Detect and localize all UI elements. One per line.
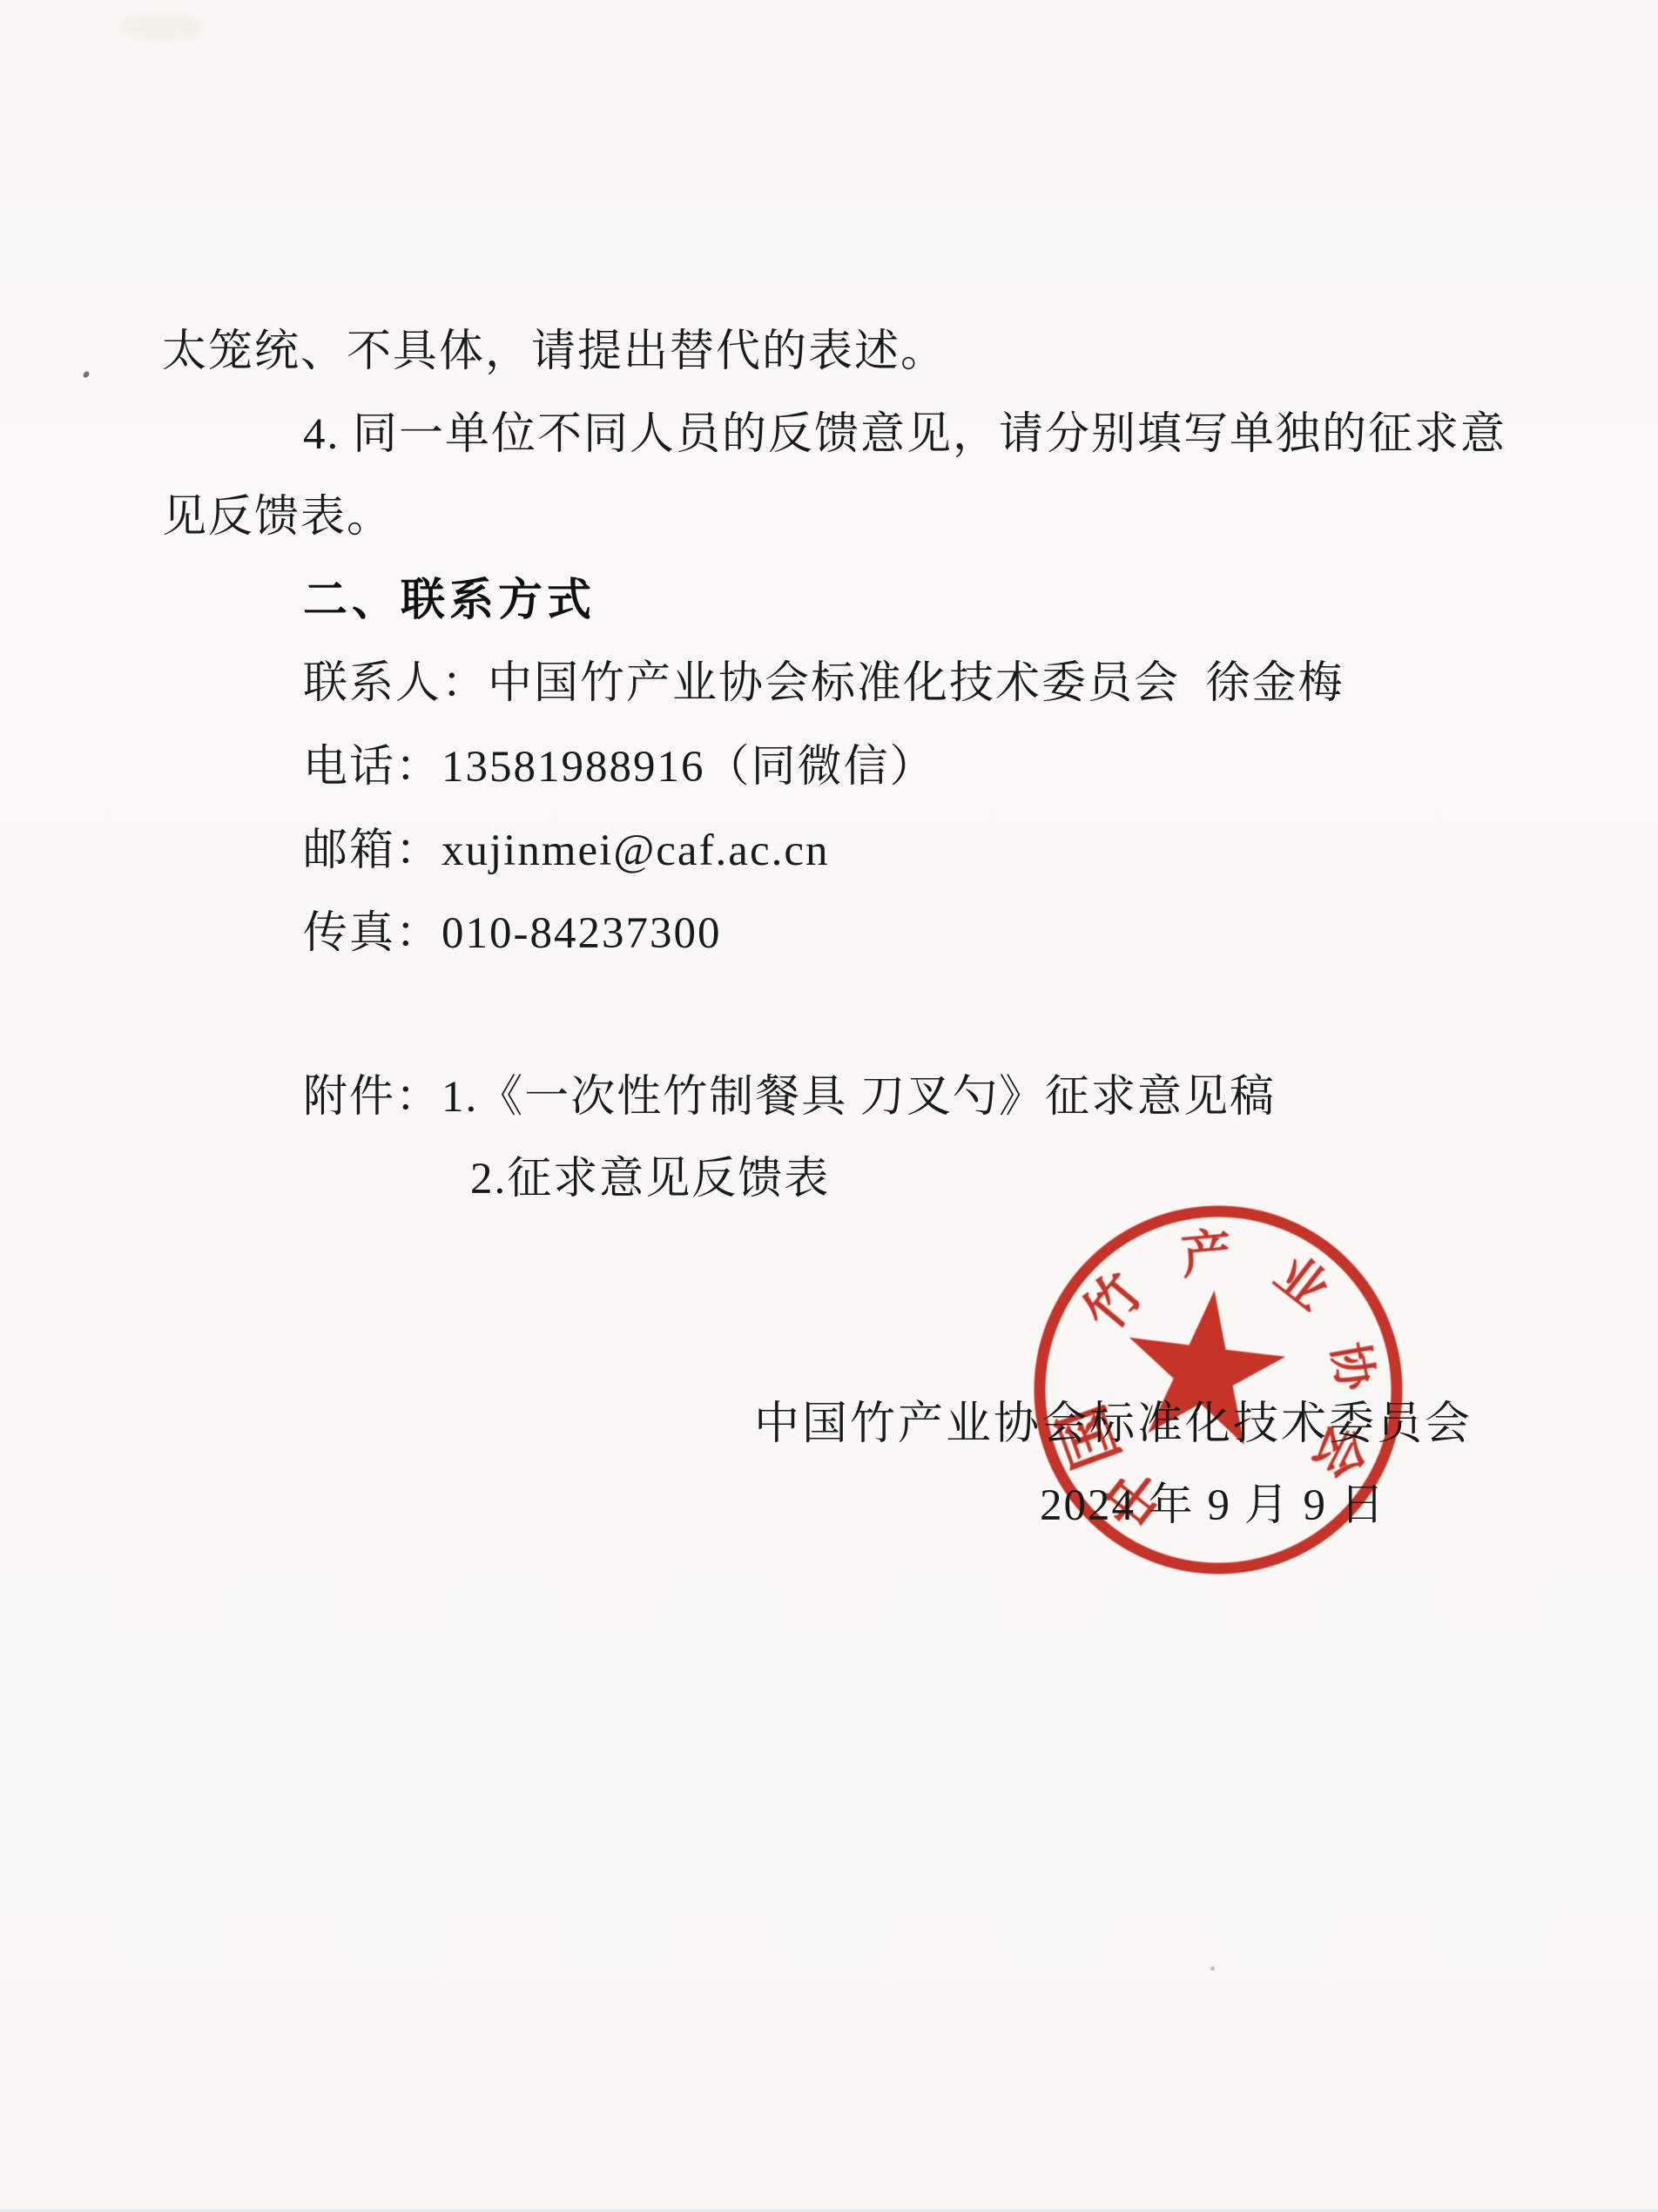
seal-char-chan: 产 <box>1179 1224 1234 1285</box>
paragraph-wrap-line: 太笼统、不具体，请提出替代的表述。 <box>162 324 947 380</box>
seal-char-xie: 协 <box>1322 1339 1382 1396</box>
contact-person-line: 联系人：中国竹产业协会标准化技术委员会 徐金梅 <box>303 656 1345 711</box>
signature-date: 2024 年 9 月 9 日 <box>1040 1478 1386 1534</box>
contact-email-label: 邮箱： <box>303 826 441 875</box>
signature-organization: 中国竹产业协会标准化技术委员会 <box>754 1397 1473 1453</box>
contact-person-value: 中国竹产业协会标准化技术委员会 徐金梅 <box>488 659 1345 708</box>
scan-speck <box>82 370 91 379</box>
contact-email-line: 邮箱：xujinmei@caf.ac.cn <box>303 823 829 879</box>
contact-fax-label: 传真： <box>303 909 441 958</box>
section-heading-contact-info: 二、联系方式 <box>303 572 596 628</box>
scan-speck <box>1210 1966 1215 1971</box>
scanned-letter-page: 太笼统、不具体，请提出替代的表述。 4. 同一单位不同人员的反馈意见，请分别填写… <box>0 0 1658 2212</box>
item4-line-1: 4. 同一单位不同人员的反馈意见，请分别填写单独的征求意 <box>303 407 1506 462</box>
contact-person-label: 联系人： <box>303 659 488 708</box>
attachment-item-1: 1.《一次性竹制餐具 刀叉勺》征求意见稿 <box>441 1073 1276 1122</box>
attachment-item-2: 2.征求意见反馈表 <box>470 1151 830 1207</box>
contact-email-value: xujinmei@caf.ac.cn <box>441 826 829 875</box>
scan-smudge <box>120 16 204 38</box>
attachments-line-1: 附件：1.《一次性竹制餐具 刀叉勺》征求意见稿 <box>303 1069 1276 1125</box>
contact-phone-line: 电话：13581988916（同微信） <box>303 739 936 795</box>
item4-line-2: 见反馈表。 <box>162 489 393 545</box>
contact-phone-label: 电话： <box>303 743 441 792</box>
contact-phone-value: 13581988916（同微信） <box>441 743 936 792</box>
contact-fax-value: 010-84237300 <box>441 909 721 958</box>
contact-fax-line: 传真：010-84237300 <box>303 906 722 961</box>
attachments-label: 附件： <box>303 1073 441 1122</box>
